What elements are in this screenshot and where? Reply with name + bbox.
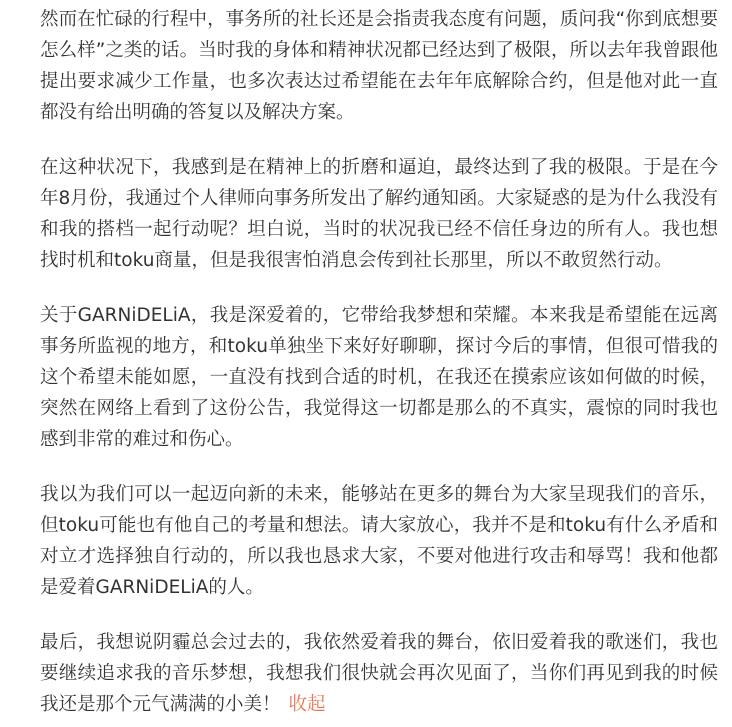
paragraph-5: 最后，我想说阴霾总会过去的，我依然爱着我的舞台，依旧爱着我的歌迷们，我也要继续追… xyxy=(40,627,718,720)
article-body: 然而在忙碌的行程中，事务所的社长还是会指责我态度有问题，质问我“你到底想要怎么样… xyxy=(0,0,732,720)
paragraph-2: 在这种状况下，我感到是在精神上的折磨和逼迫，最终达到了我的极限。于是在今年8月份… xyxy=(40,152,718,276)
paragraph-3: 关于GARNiDELiA，我是深爱着的，它带给我梦想和荣耀。本来我是希望能在远离… xyxy=(40,300,718,455)
paragraph-1: 然而在忙碌的行程中，事务所的社长还是会指责我态度有问题，质问我“你到底想要怎么样… xyxy=(40,4,718,128)
collapse-link[interactable]: 收起 xyxy=(289,694,326,715)
paragraph-4: 我以为我们可以一起迈向新的未来，能够站在更多的舞台为大家呈现我们的音乐，但tok… xyxy=(40,479,718,603)
paragraph-5-text: 最后，我想说阴霾总会过去的，我依然爱着我的舞台，依旧爱着我的歌迷们，我也要继续追… xyxy=(40,632,718,715)
